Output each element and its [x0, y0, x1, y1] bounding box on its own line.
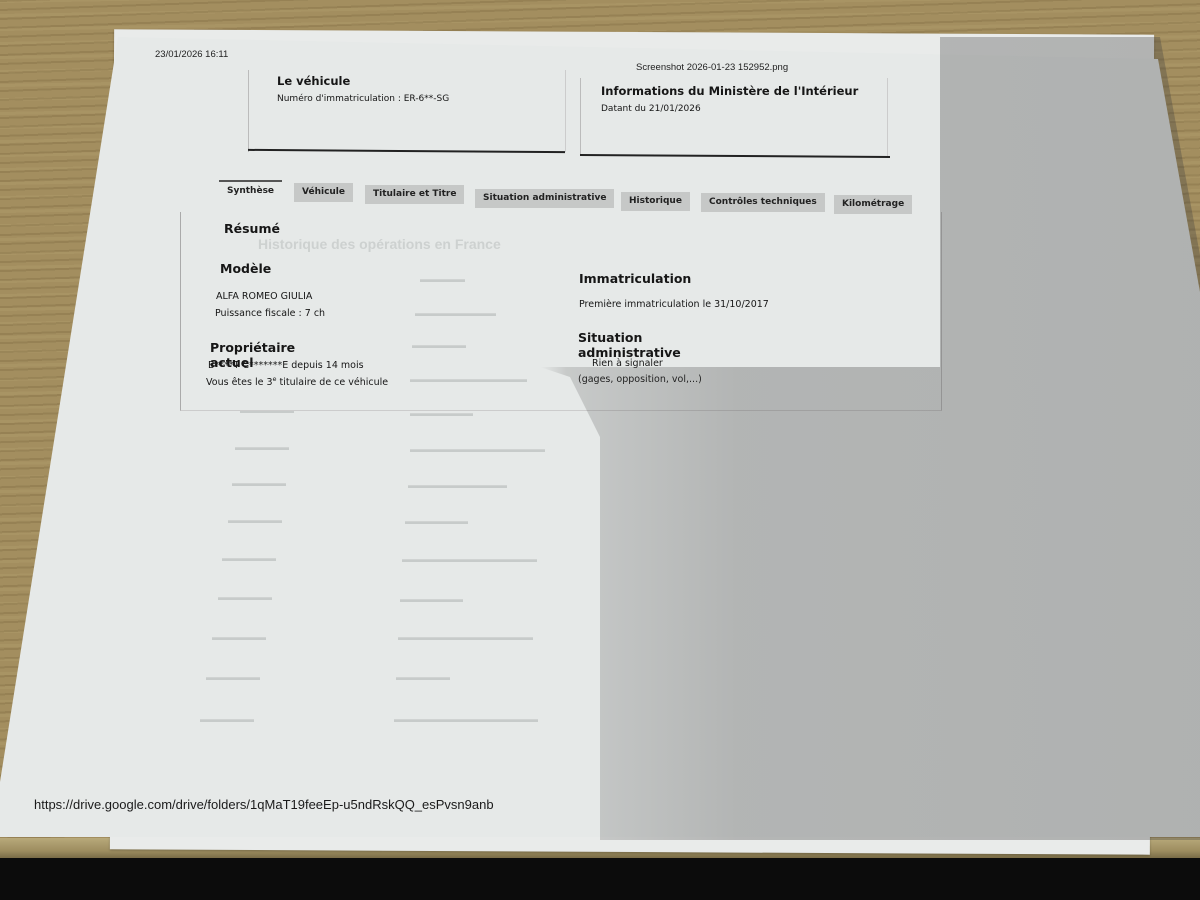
show-through-line: ▬▬▬▬▬▬▬▬▬▬▬▬▬▬▬▬ — [394, 714, 538, 724]
show-through-line: ▬▬▬▬▬▬▬▬▬▬▬ — [408, 480, 507, 490]
registration-heading: Immatriculation — [579, 271, 691, 286]
show-through-line: ▬▬▬▬▬▬ — [206, 672, 260, 682]
show-through-line: ▬▬▬▬▬▬ — [228, 515, 282, 525]
vehicle-card-title: Le véhicule — [277, 74, 449, 88]
owner-rank-prefix: Vous êtes le 3 — [206, 377, 273, 388]
summary-title: Résumé — [224, 221, 280, 236]
show-through-line: ▬▬▬▬▬▬ — [232, 478, 286, 488]
tab-controles-techniques[interactable]: Contrôles techniques — [701, 193, 825, 212]
show-through-line: ▬▬▬▬▬▬ — [200, 714, 254, 724]
show-through-line: ▬▬▬▬▬▬▬ — [405, 516, 468, 526]
tab-situation-administrative[interactable]: Situation administrative — [475, 189, 614, 208]
ministry-card: Informations du Ministère de l'Intérieur… — [580, 78, 888, 156]
owner-rank: Vous êtes le 3e titulaire de ce véhicule — [206, 375, 388, 388]
owner-name-duration: B****T C*******E depuis 14 mois — [208, 360, 364, 371]
show-through-line: ▬▬▬▬▬▬ — [212, 632, 266, 642]
tab-vehicule[interactable]: Véhicule — [294, 183, 353, 202]
model-name: ALFA ROMEO GIULIA — [216, 291, 312, 302]
show-through-line: ▬▬▬▬▬▬▬▬▬▬▬▬▬▬▬ — [410, 444, 545, 454]
model-heading: Modèle — [220, 261, 271, 276]
fiscal-power: Puissance fiscale : 7 ch — [215, 308, 325, 319]
print-file-name: Screenshot 2026-01-23 152952.png — [636, 62, 788, 73]
owner-rank-suffix: titulaire de ce véhicule — [277, 377, 389, 388]
show-through-line: ▬▬▬▬▬▬▬▬▬▬▬▬▬▬▬ — [402, 554, 537, 564]
print-footer-url: https://drive.google.com/drive/folders/1… — [34, 797, 494, 812]
show-through-line: ▬▬▬▬▬▬ — [218, 592, 272, 602]
admin-status-detail: (gages, opposition, vol,...) — [578, 374, 702, 385]
show-through-line: ▬▬▬▬▬▬ — [235, 442, 289, 452]
show-through-line: ▬▬▬▬▬▬ — [222, 553, 276, 563]
ministry-data-date: Datant du 21/01/2026 — [601, 104, 858, 114]
paper-sheet — [0, 37, 1200, 840]
tab-historique[interactable]: Historique — [621, 192, 690, 211]
print-timestamp: 23/01/2026 16:11 — [155, 49, 228, 60]
show-through-line: ▬▬▬▬▬▬▬ — [400, 594, 463, 604]
vehicle-card: Le véhicule Numéro d'immatriculation : E… — [248, 70, 566, 152]
registration-number: Numéro d'immatriculation : ER-6**-SG — [277, 94, 449, 104]
tab-synthese[interactable]: Synthèse — [219, 180, 282, 201]
first-registration-date: Première immatriculation le 31/10/2017 — [579, 299, 769, 310]
floor — [0, 858, 1200, 900]
show-through-line: ▬▬▬▬▬▬▬▬▬▬▬▬▬▬▬ — [398, 632, 533, 642]
admin-status-heading: Situation administrative — [578, 330, 681, 360]
tab-titulaire-et-titre[interactable]: Titulaire et Titre — [365, 185, 464, 204]
show-through-line: ▬▬▬▬▬▬ — [396, 672, 450, 682]
admin-status-value: Rien à signaler — [592, 358, 663, 369]
ministry-card-title: Informations du Ministère de l'Intérieur — [601, 84, 858, 98]
